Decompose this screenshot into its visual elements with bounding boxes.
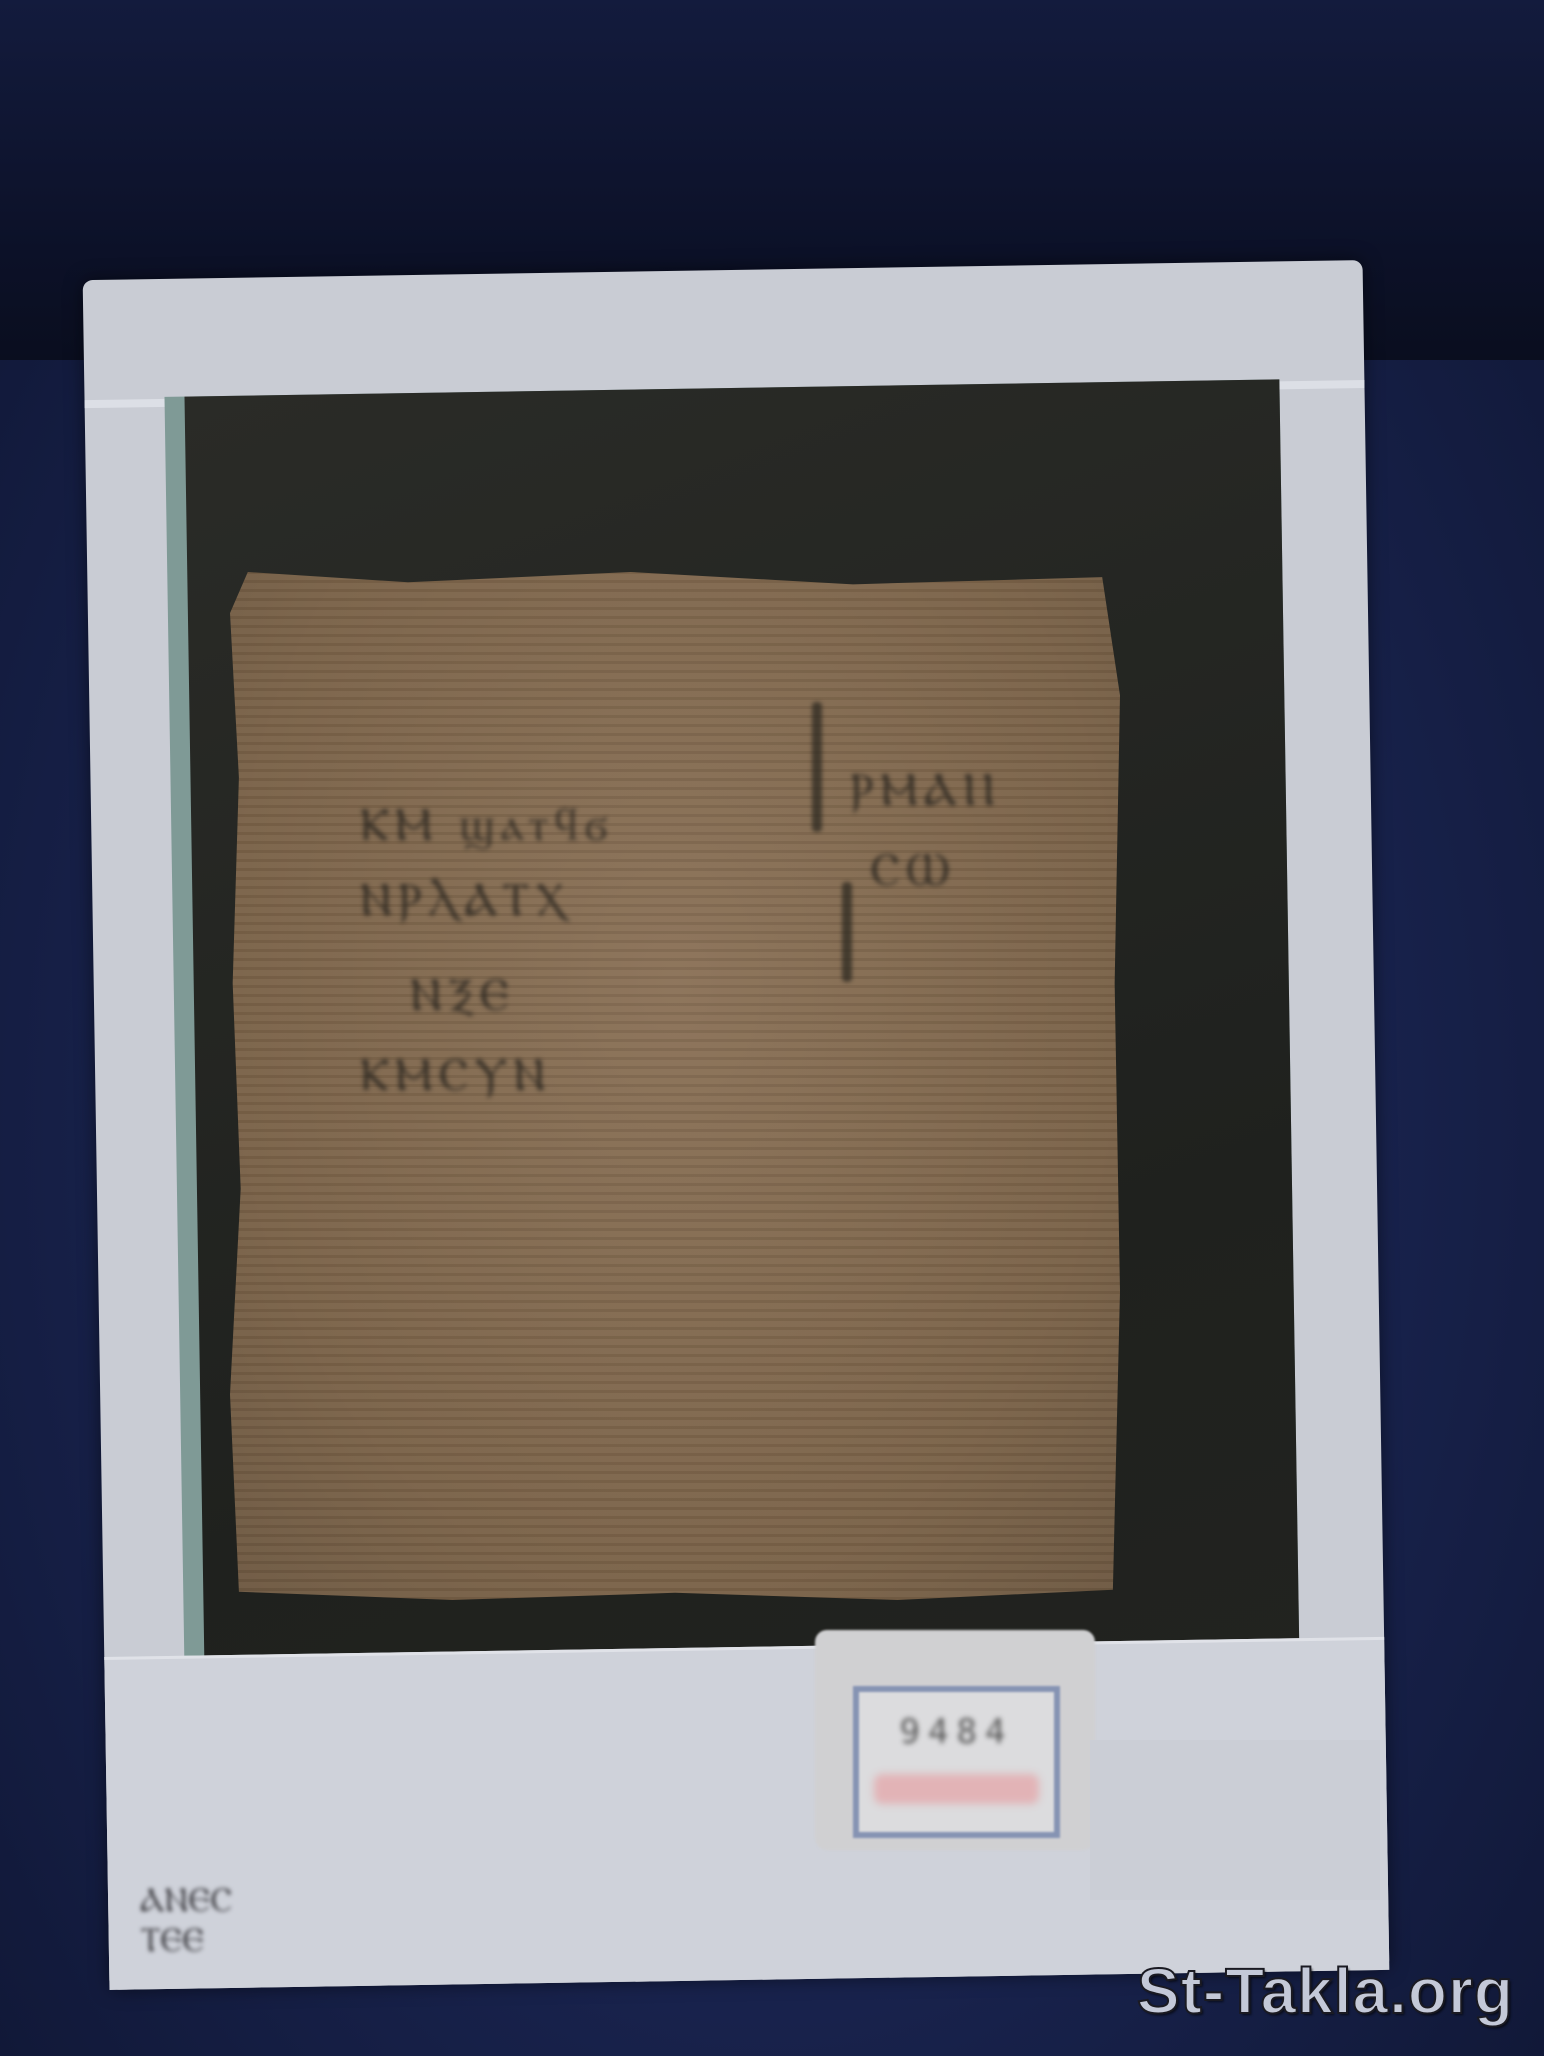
museum-inventory-label: 9484	[815, 1630, 1095, 1850]
papyrus-right-line-2: ⲤⲰ	[870, 842, 956, 898]
handwritten-note-line-1: ⲀⲚⲈⲤ	[140, 1880, 232, 1920]
papyrus-fragment: ⲔⲘ ϣⲁⲧϥϭ ⲚⲢⲖⲀⲦⲬ ⲚⲜⲈ ⲔⲘⲤⲨⲚ ⲢⲘⲀⲒⲒ ⲤⲰ	[230, 572, 1120, 1600]
handwritten-note: ⲀⲚⲈⲤ ⲦⲈⲈ	[140, 1880, 232, 1960]
watermark: St-Takla.org	[1137, 1954, 1514, 2028]
ink-vertical-stroke	[812, 702, 822, 832]
papyrus-line-1: ⲔⲘ ϣⲁⲧϥϭ	[360, 797, 614, 853]
papyrus-right-line-1: ⲢⲘⲀⲒⲒ	[850, 762, 1001, 818]
ink-vertical-stroke	[842, 882, 852, 982]
handwritten-note-line-2: ⲦⲈⲈ	[140, 1920, 232, 1960]
papyrus-line-4: ⲔⲘⲤⲨⲚ	[360, 1047, 552, 1103]
label-frame: 9484	[853, 1686, 1060, 1838]
red-stamp	[874, 1774, 1039, 1804]
inventory-number: 9484	[859, 1712, 1054, 1752]
papyrus-line-2: ⲚⲢⲖⲀⲦⲬ	[360, 872, 572, 928]
white-card	[1090, 1740, 1380, 1900]
papyrus-line-3: ⲚⲜⲈ	[410, 967, 515, 1023]
